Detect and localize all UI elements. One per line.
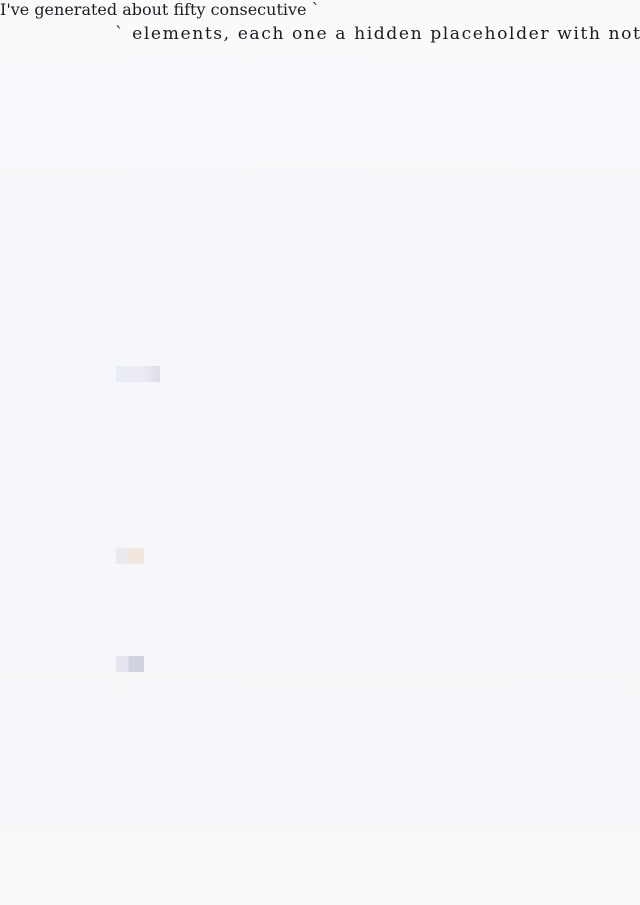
note-line xyxy=(115,720,557,750)
note-line xyxy=(83,504,557,534)
note-line xyxy=(115,432,557,462)
verdict-item-1 xyxy=(115,358,557,388)
redaction-block xyxy=(116,656,144,672)
verdict-item-3 xyxy=(115,648,557,678)
text-line xyxy=(83,684,557,714)
text-line xyxy=(83,394,557,424)
text-line xyxy=(83,214,557,244)
text-line xyxy=(83,178,557,208)
text-line xyxy=(83,792,557,822)
text-line xyxy=(83,322,557,352)
verdict-item-4 xyxy=(115,756,557,786)
text-line xyxy=(83,142,557,172)
text-line xyxy=(83,576,557,606)
document-page: I've generated about fifty consecutive `… xyxy=(0,0,640,905)
redaction-block xyxy=(116,366,160,382)
text-line xyxy=(83,250,557,280)
text-line xyxy=(83,106,557,136)
note-line xyxy=(83,468,557,498)
text-line xyxy=(83,286,557,316)
verdict-item-2 xyxy=(115,540,557,570)
note-line xyxy=(115,612,557,642)
redaction-block xyxy=(116,548,144,564)
